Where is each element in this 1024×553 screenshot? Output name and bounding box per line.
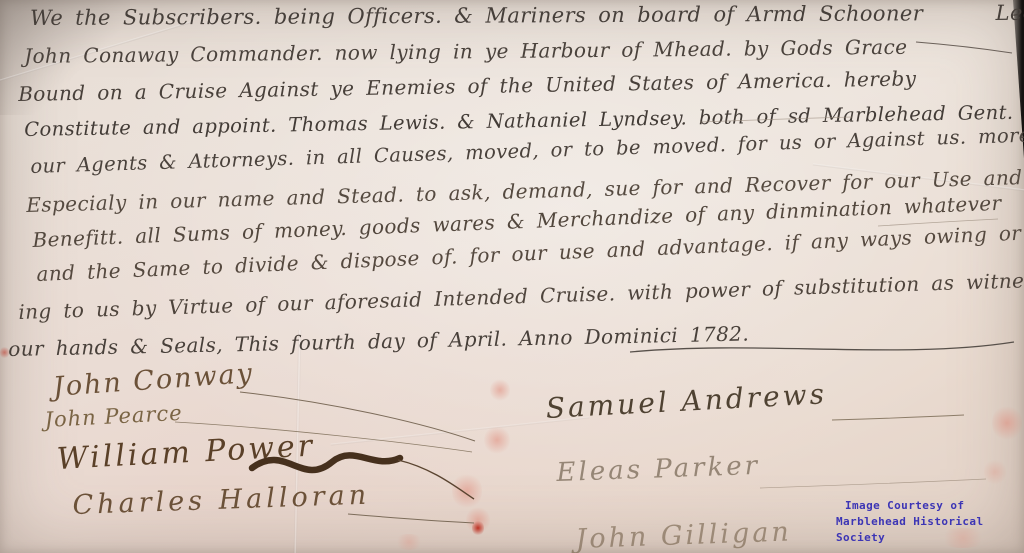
- manuscript-line-1: We the Subscribers. being Officers. & Ma…: [30, 1, 1024, 30]
- signature-john-pearce: John Pearce: [44, 401, 183, 432]
- wax-seal-spot: [472, 520, 484, 536]
- caption-line-1: Image Courtesy of: [845, 498, 1024, 514]
- signature-william-power: William Power: [56, 428, 316, 476]
- wax-stain: [984, 458, 1006, 486]
- signature-samuel-andrews: Samuel Andrews: [545, 377, 828, 425]
- signature-eleas-parker: Eleas Parker: [556, 451, 761, 488]
- signature-john-gilligan: John Gilligan: [575, 516, 792, 553]
- manuscript-line-2: John Conaway Commander. now lying in ye …: [24, 35, 907, 68]
- document-photo: We the Subscribers. being Officers. & Ma…: [0, 0, 1024, 553]
- wax-stain: [394, 534, 424, 550]
- signature-john-conway: John Conway: [52, 358, 255, 403]
- wax-stain: [484, 425, 510, 455]
- caption-line-2: Marblehead Historical Society: [836, 514, 1024, 546]
- photo-caption: Image Courtesy of Marblehead Historical …: [836, 498, 1024, 546]
- manuscript-line-10: our hands & Seals, This fourth day of Ap…: [8, 321, 749, 361]
- wax-stain: [992, 404, 1022, 442]
- manuscript-line-3: Bound on a Cruise Against ye Enemies of …: [18, 66, 917, 106]
- signature-charles-halloran: Charles Halloran: [72, 480, 371, 521]
- wax-stain: [490, 378, 510, 402]
- wax-stain: [452, 472, 482, 510]
